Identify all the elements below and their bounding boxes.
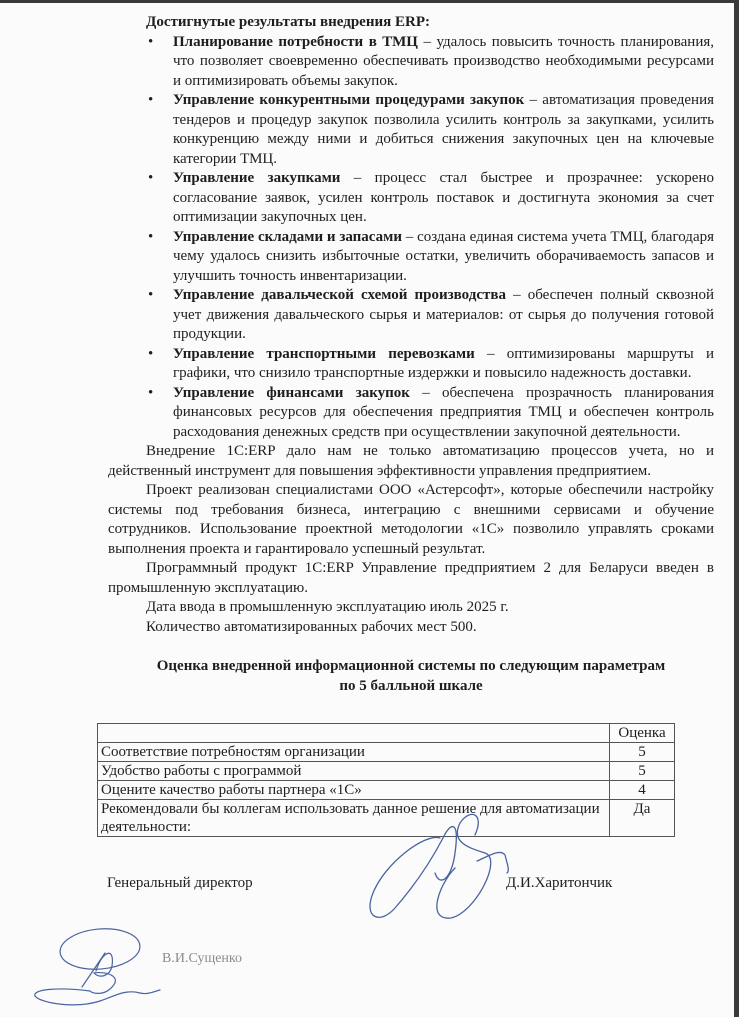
workstations-count: Количество автоматизированных рабочих ме…	[108, 618, 714, 638]
result-item: •Управление транспортными перевозками – …	[108, 345, 714, 384]
result-item: •Управление финансами закупок – обеспече…	[108, 384, 714, 443]
score-cell: 5	[610, 743, 675, 762]
bullet-icon: •	[148, 169, 153, 189]
criterion-cell: Оцените качество работы партнера «1С»	[98, 781, 610, 800]
signatory-position: Генеральный директор	[107, 875, 253, 892]
table-row: Удобство работы с программой 5	[98, 762, 675, 781]
result-title: Управление транспортными перевозками	[173, 346, 475, 362]
bullet-icon: •	[148, 228, 153, 248]
criterion-header-cell	[98, 724, 610, 743]
result-item: •Управление складами и запасами – создан…	[108, 228, 714, 287]
score-cell: 4	[610, 781, 675, 800]
table-header-row: Оценка	[98, 724, 675, 743]
director-name: Д.И.Харитончик	[506, 875, 612, 892]
evaluation-title: Оценка внедренной информационной системы…	[108, 656, 714, 696]
paragraph-erp-benefit: Внедрение 1С:ERP дало нам не только авто…	[108, 442, 714, 481]
bullet-icon: •	[148, 345, 153, 365]
result-title: Управление конкурентными процедурами зак…	[173, 92, 524, 108]
evaluation-title-line1: Оценка внедренной информационной системы…	[108, 656, 714, 676]
score-header-cell: Оценка	[610, 724, 675, 743]
bullet-icon: •	[148, 286, 153, 306]
result-item: •Управление закупками – процесс стал быс…	[108, 169, 714, 228]
bullet-icon: •	[148, 91, 153, 111]
result-item: •Управление давальческой схемой производ…	[108, 286, 714, 345]
evaluation-table: Оценка Соответствие потребностям организ…	[97, 723, 675, 837]
criterion-cell: Соответствие потребностям организации	[98, 743, 610, 762]
result-title: Управление финансами закупок	[173, 385, 410, 401]
score-cell: Да	[610, 800, 675, 837]
second-signatory-name: В.И.Сущенко	[162, 951, 242, 967]
results-heading: Достигнутые результаты внедрения ERP:	[146, 13, 714, 33]
result-title: Управление закупками	[173, 170, 340, 186]
table-row: Соответствие потребностям организации 5	[98, 743, 675, 762]
criterion-cell: Удобство работы с программой	[98, 762, 610, 781]
result-title: Управление складами и запасами	[173, 229, 402, 245]
results-list: •Планирование потребности в ТМЦ – удалос…	[108, 33, 714, 443]
launch-date: Дата ввода в промышленную эксплуатацию и…	[108, 598, 714, 618]
document-body: Достигнутые результаты внедрения ERP: •П…	[108, 13, 714, 696]
paragraph-product-launch: Программный продукт 1С:ERP Управление пр…	[108, 559, 714, 598]
score-cell: 5	[610, 762, 675, 781]
evaluation-title-line2: по 5 балльной шкале	[108, 676, 714, 696]
criterion-cell: Рекомендовали бы коллегам использовать д…	[98, 800, 610, 837]
result-title: Планирование потребности в ТМЦ	[173, 34, 418, 50]
bullet-icon: •	[148, 33, 153, 53]
bullet-icon: •	[148, 384, 153, 404]
paragraph-project-partner: Проект реализован специалистами ООО «Аст…	[108, 481, 714, 559]
document-page: Достигнутые результаты внедрения ERP: •П…	[0, 3, 734, 1017]
result-item: •Управление конкурентными процедурами за…	[108, 91, 714, 169]
result-title: Управление давальческой схемой производс…	[173, 287, 506, 303]
result-item: •Планирование потребности в ТМЦ – удалос…	[108, 33, 714, 92]
table-row: Оцените качество работы партнера «1С» 4	[98, 781, 675, 800]
table-row: Рекомендовали бы коллегам использовать д…	[98, 800, 675, 837]
second-signature-icon	[30, 921, 170, 1016]
